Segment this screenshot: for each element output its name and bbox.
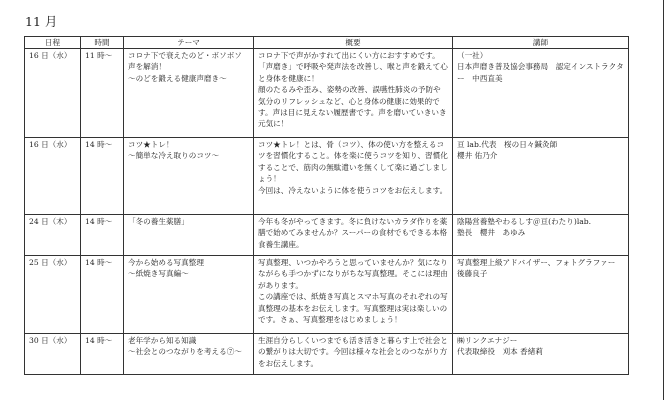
time-cell: 14 時～ — [81, 256, 124, 334]
theme-line: ～のどを鍛える健康声磨き～ — [128, 73, 249, 84]
theme-line: コロナ下で衰えたのど・ボソボソ声を解消！ — [128, 50, 249, 73]
theme-cell: 「冬の養生薬膳」 — [124, 215, 254, 256]
lecturer-line: 写真整理上級アドバイザー、フォトグラファー — [457, 257, 624, 268]
summary-cell: コツ★トレ！とは、骨（コツ）、体の使い方を整えるコツを習慣化すること。体を楽に使… — [254, 138, 453, 215]
summary-cell: 写真整理、いつかやろうと思っていませんか？気になりながらも手つかずになりがちな写… — [254, 256, 453, 334]
lecturer-line: 陰陽営養塾やわるしす＠亘(わたり)lab. — [457, 216, 624, 227]
summary-paragraph: 生涯自分らしくいつまでも活き活きと暮らす上で社会との繋がりは大切です。今回は様々… — [258, 335, 448, 369]
lecturer-line: （一社） — [457, 50, 624, 61]
lecturer-cell: ㈱リンクエナジー 代表取締役 刈本 香緒莉 — [453, 334, 629, 375]
time-cell: 14 時～ — [81, 334, 124, 375]
date-cell: 24 日（木） — [25, 215, 81, 256]
theme-line: 老年学から知る知識 — [128, 335, 249, 346]
lecturer-line: 代表取締役 刈本 香緒莉 — [457, 346, 624, 357]
theme-line: コツ★トレ！ — [128, 139, 249, 150]
summary-paragraph: 写真整理、いつかやろうと思っていませんか？気になりながらも手つかずになりがちな写… — [258, 257, 448, 291]
theme-cell: コツ★トレ！ ～簡単な冷え取りのコツ～ — [124, 138, 254, 215]
time-cell: 14 時～ — [81, 215, 124, 256]
page-edge-line — [663, 0, 664, 400]
theme-line: ～紙焼き写真編～ — [128, 268, 249, 279]
time-cell: 14 時～ — [81, 138, 124, 215]
date-cell: 16 日（水） — [25, 138, 81, 215]
theme-cell: コロナ下で衰えたのど・ボソボソ声を解消！ ～のどを鍛える健康声磨き～ — [124, 49, 254, 138]
theme-cell: 今から始める写真整理 ～紙焼き写真編～ — [124, 256, 254, 334]
summary-paragraph: 今回は、冷えないように体を使うコツをお伝えします。 — [258, 185, 448, 196]
header-lecturer: 講師 — [453, 37, 629, 49]
summary-paragraph: コロナ下で声がかすれて出にくい方におすすめです。「声磨き」で呼吸や発声法を改善し… — [258, 50, 448, 84]
date-cell: 30 日（水） — [25, 334, 81, 375]
schedule-table: 日程 時間 テーマ 概要 講師 16 日（水） 11 時～ コロナ下で衰えたのど… — [24, 36, 629, 375]
date-cell: 25 日（水） — [25, 256, 81, 334]
lecturer-line: 塾長 櫻井 あゆみ — [457, 227, 624, 238]
theme-line: ～簡単な冷え取りのコツ～ — [128, 150, 249, 161]
table-row: 16 日（水） 11 時～ コロナ下で衰えたのど・ボソボソ声を解消！ ～のどを鍛… — [25, 49, 629, 138]
lecturer-line: ㈱リンクエナジー — [457, 335, 624, 346]
lecturer-cell: 亘 lab.代表 桜の日々鍼灸師 櫻井 佑乃介 — [453, 138, 629, 215]
header-theme: テーマ — [124, 37, 254, 49]
date-cell: 16 日（水） — [25, 49, 81, 138]
theme-line: 今から始める写真整理 — [128, 257, 249, 268]
summary-paragraph: 今年も冬がやってきます。冬に負けないカラダ作りを薬膳で始めてみませんか？スーパー… — [258, 216, 448, 250]
theme-line: 「冬の養生薬膳」 — [128, 216, 249, 227]
header-date: 日程 — [25, 37, 81, 49]
table-row: 30 日（水） 14 時～ 老年学から知る知識 ～社会とのつながりを考える⑦～ … — [25, 334, 629, 375]
lecturer-cell: 陰陽営養塾やわるしす＠亘(わたり)lab. 塾長 櫻井 あゆみ — [453, 215, 629, 256]
theme-cell: 老年学から知る知識 ～社会とのつながりを考える⑦～ — [124, 334, 254, 375]
theme-line: ～社会とのつながりを考える⑦～ — [128, 346, 249, 357]
table-row: 24 日（木） 14 時～ 「冬の養生薬膳」 今年も冬がやってきます。冬に負けな… — [25, 215, 629, 256]
summary-cell: 生涯自分らしくいつまでも活き活きと暮らす上で社会との繋がりは大切です。今回は様々… — [254, 334, 453, 375]
lecturer-line: 櫻井 佑乃介 — [457, 150, 624, 161]
summary-paragraph: コツ★トレ！とは、骨（コツ）、体の使い方を整えるコツを習慣化すること。体を楽に使… — [258, 139, 448, 185]
lecturer-line: 亘 lab.代表 桜の日々鍼灸師 — [457, 139, 624, 150]
time-cell: 11 時～ — [81, 49, 124, 138]
summary-paragraph: この講座では、紙焼き写真とスマホ写真のそれぞれの写真整理の基本をお伝えします。写… — [258, 291, 448, 325]
summary-cell: コロナ下で声がかすれて出にくい方におすすめです。「声磨き」で呼吸や発声法を改善し… — [254, 49, 453, 138]
table-row: 25 日（水） 14 時～ 今から始める写真整理 ～紙焼き写真編～ 写真整理、い… — [25, 256, 629, 334]
lecturer-line: 日本声磨き普及協会事務局 認定インストラクター 中西直美 — [457, 61, 624, 84]
lecturer-cell: （一社） 日本声磨き普及協会事務局 認定インストラクター 中西直美 — [453, 49, 629, 138]
header-time: 時間 — [81, 37, 124, 49]
header-row: 日程 時間 テーマ 概要 講師 — [25, 37, 629, 49]
table-row: 16 日（水） 14 時～ コツ★トレ！ ～簡単な冷え取りのコツ～ コツ★トレ！… — [25, 138, 629, 215]
lecturer-line: 後藤良子 — [457, 268, 624, 279]
lecturer-cell: 写真整理上級アドバイザー、フォトグラファー 後藤良子 — [453, 256, 629, 334]
month-heading: 11 月 — [25, 12, 57, 30]
summary-cell: 今年も冬がやってきます。冬に負けないカラダ作りを薬膳で始めてみませんか？スーパー… — [254, 215, 453, 256]
summary-paragraph: 顔のたるみや歪み、姿勢の改善、誤嚥性肺炎の予防や気分のリフレッシュなど、心と身体… — [258, 84, 448, 130]
header-summary: 概要 — [254, 37, 453, 49]
